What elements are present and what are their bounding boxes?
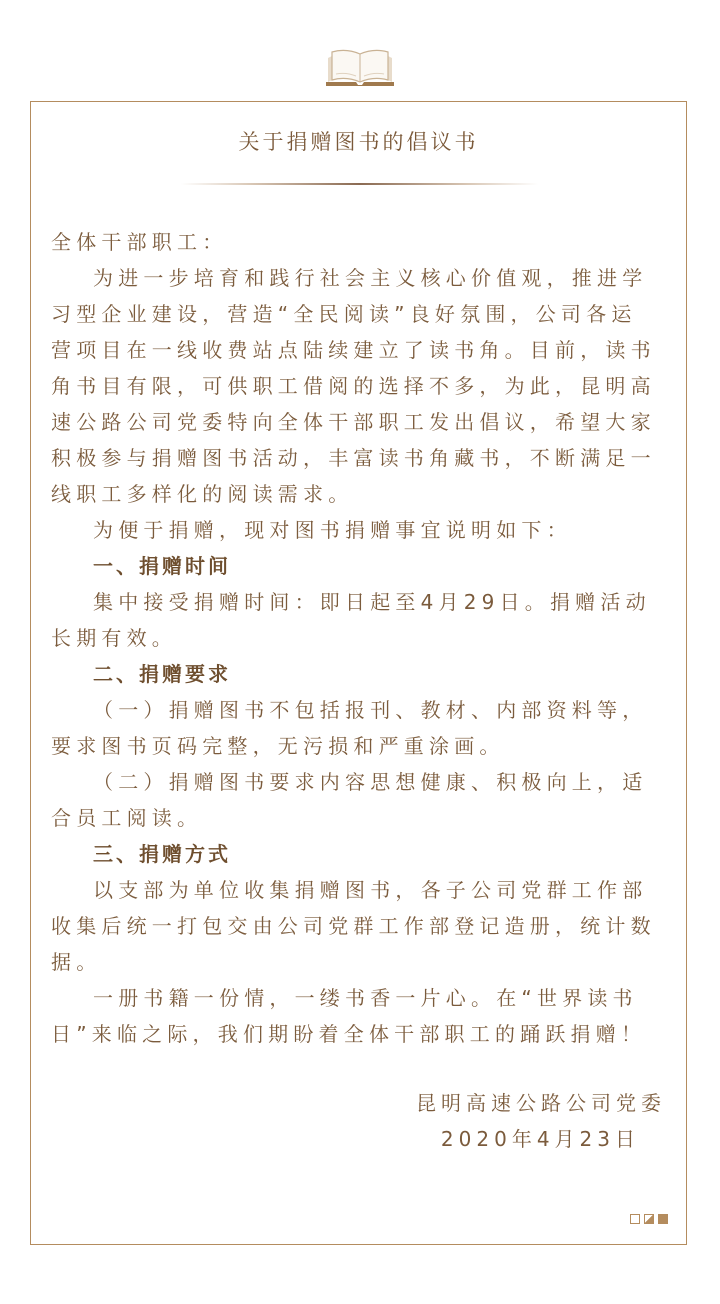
half-square-icon xyxy=(644,1214,654,1224)
corner-decoration xyxy=(630,1214,668,1224)
title-divider xyxy=(181,183,538,185)
paragraph: 以支部为单位收集捐赠图书，各子公司党群工作部收集后统一打包交由公司党群工作部登记… xyxy=(51,872,661,980)
paragraph: 一册书籍一份情，一缕书香一片心。在“世界读书日”来临之际，我们期盼着全体干部职工… xyxy=(51,980,661,1052)
section-heading: 二、捐赠要求 xyxy=(51,656,661,692)
section-heading: 三、捐赠方式 xyxy=(51,836,661,872)
paragraph: 为便于捐赠，现对图书捐赠事宜说明如下： xyxy=(51,512,661,548)
document-body: 全体干部职工： 为进一步培育和践行社会主义核心价值观，推进学习型企业建设，营造“… xyxy=(51,224,661,1052)
open-book-icon xyxy=(322,44,398,88)
paragraph: 集中接受捐赠时间：即日起至4月29日。捐赠活动长期有效。 xyxy=(51,584,661,656)
paragraph: （一）捐赠图书不包括报刊、教材、内部资料等，要求图书页码完整，无污损和严重涂画。 xyxy=(51,692,661,764)
empty-square-icon xyxy=(630,1214,640,1224)
paragraph: 为进一步培育和践行社会主义核心价值观，推进学习型企业建设，营造“全民阅读”良好氛… xyxy=(51,260,661,512)
document-frame: 关于捐赠图书的倡议书 全体干部职工： 为进一步培育和践行社会主义核心价值观，推进… xyxy=(30,101,687,1245)
signature-organization: 昆明高速公路公司党委 xyxy=(416,1085,666,1121)
filled-square-icon xyxy=(658,1214,668,1224)
signature-block: 昆明高速公路公司党委 2020年4月23日 xyxy=(416,1085,666,1157)
salutation: 全体干部职工： xyxy=(51,224,661,260)
section-heading: 一、捐赠时间 xyxy=(51,548,661,584)
signature-date: 2020年4月23日 xyxy=(416,1121,666,1157)
paragraph: （二）捐赠图书要求内容思想健康、积极向上，适合员工阅读。 xyxy=(51,764,661,836)
document-title: 关于捐赠图书的倡议书 xyxy=(31,126,686,156)
